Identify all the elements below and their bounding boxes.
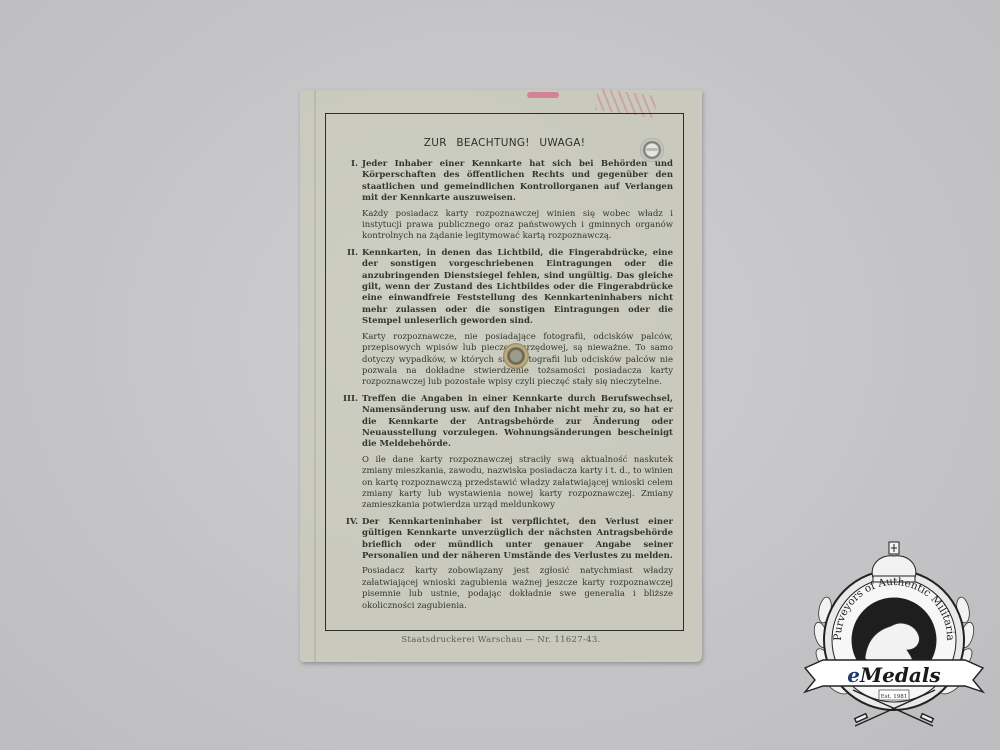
section-1: I. Jeder Inhaber einer Kennkarte hat sic… <box>338 159 673 243</box>
emedals-logo: Purveyors of Authentic Militaria eMedals… <box>803 540 985 730</box>
brand-wordmark: eMedals <box>847 663 940 687</box>
section-polish-text: Posiadacz karty zobowiązany jest zgłosić… <box>362 566 673 612</box>
section-number: IV. <box>338 517 362 612</box>
section-german-text: Jeder Inhaber einer Kennkarte hat sich b… <box>362 159 673 205</box>
kennkarte-document: ZUR BEACHTUNG! UWAGA! I. Jeder Inhaber e… <box>300 90 702 662</box>
established-text: Est. 1981 <box>881 694 908 700</box>
section-number: II. <box>338 248 362 389</box>
section-number: III. <box>338 394 362 512</box>
section-german-text: Treffen die Angaben in einer Kennkarte d… <box>362 394 673 451</box>
section-number: I. <box>338 159 362 243</box>
section-polish-text: O ile dane karty rozpoznawczej straciły … <box>362 455 673 512</box>
document-title: ZUR BEACHTUNG! UWAGA! <box>326 137 683 149</box>
section-2: II. Kennkarten, in denen das Lichtbild, … <box>338 248 673 389</box>
brass-eyelet-icon <box>503 343 529 369</box>
section-3: III. Treffen die Angaben in einer Kennka… <box>338 394 673 512</box>
metal-eyelet-icon <box>640 138 664 162</box>
section-4: IV. Der Kennkarteninhaber ist verpflicht… <box>338 517 673 612</box>
section-german-text: Kennkarten, in denen das Lichtbild, die … <box>362 248 673 328</box>
printer-imprint: Staatsdruckerei Warschau — Nr. 11627-43. <box>300 635 702 645</box>
section-polish-text: Każdy posiadacz karty rozpoznawczej wini… <box>362 209 673 243</box>
fold-line <box>314 90 316 662</box>
document-border: ZUR BEACHTUNG! UWAGA! I. Jeder Inhaber e… <box>325 113 684 631</box>
ink-stamp-mark <box>527 92 559 98</box>
sections-list: I. Jeder Inhaber einer Kennkarte hat sic… <box>338 159 673 617</box>
section-german-text: Der Kennkarteninhaber ist verpflichtet, … <box>362 517 673 563</box>
